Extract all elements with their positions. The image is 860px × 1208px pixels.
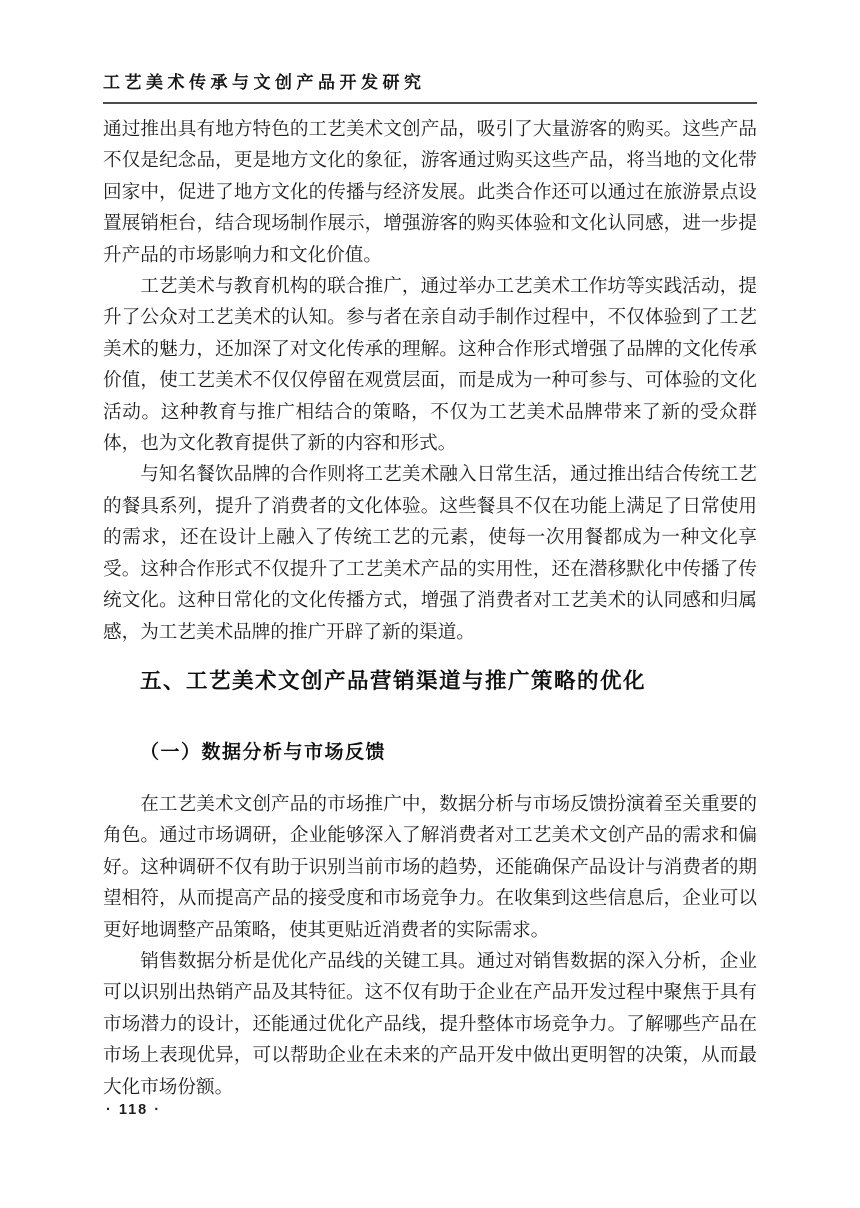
paragraph-tourism-cooperation: 通过推出具有地方特色的工艺美术文创产品，吸引了大量游客的购买。这些产品不仅是纪念… [103, 114, 757, 271]
page-content: 工艺美术传承与文创产品开发研究 通过推出具有地方特色的工艺美术文创产品，吸引了大… [103, 72, 757, 1103]
page-header: 工艺美术传承与文创产品开发研究 [103, 72, 757, 104]
paragraph-data-analysis: 在工艺美术文创产品的市场推广中，数据分析与市场反馈扮演着至关重要的角色。通过市场… [103, 789, 757, 946]
paragraph-education-cooperation: 工艺美术与教育机构的联合推广，通过举办工艺美术工作坊等实践活动，提升了公众对工艺… [103, 271, 757, 459]
subsection-heading: （一）数据分析与市场反馈 [140, 740, 757, 766]
header-rule [103, 102, 757, 104]
paragraph-catering-cooperation: 与知名餐饮品牌的合作则将工艺美术融入日常生活，通过推出结合传统工艺的餐具系列，提… [103, 459, 757, 647]
section-heading: 五、工艺美术文创产品营销渠道与推广策略的优化 [140, 666, 757, 696]
page-body: 通过推出具有地方特色的工艺美术文创产品，吸引了大量游客的购买。这些产品不仅是纪念… [103, 114, 757, 1103]
page-number: · 118 · [106, 1102, 161, 1118]
book-page: 工艺美术传承与文创产品开发研究 通过推出具有地方特色的工艺美术文创产品，吸引了大… [0, 0, 860, 1208]
paragraph-sales-analysis: 销售数据分析是优化产品线的关键工具。通过对销售数据的深入分析，企业可以识别出热销… [103, 946, 757, 1103]
running-header-title: 工艺美术传承与文创产品开发研究 [103, 72, 757, 94]
